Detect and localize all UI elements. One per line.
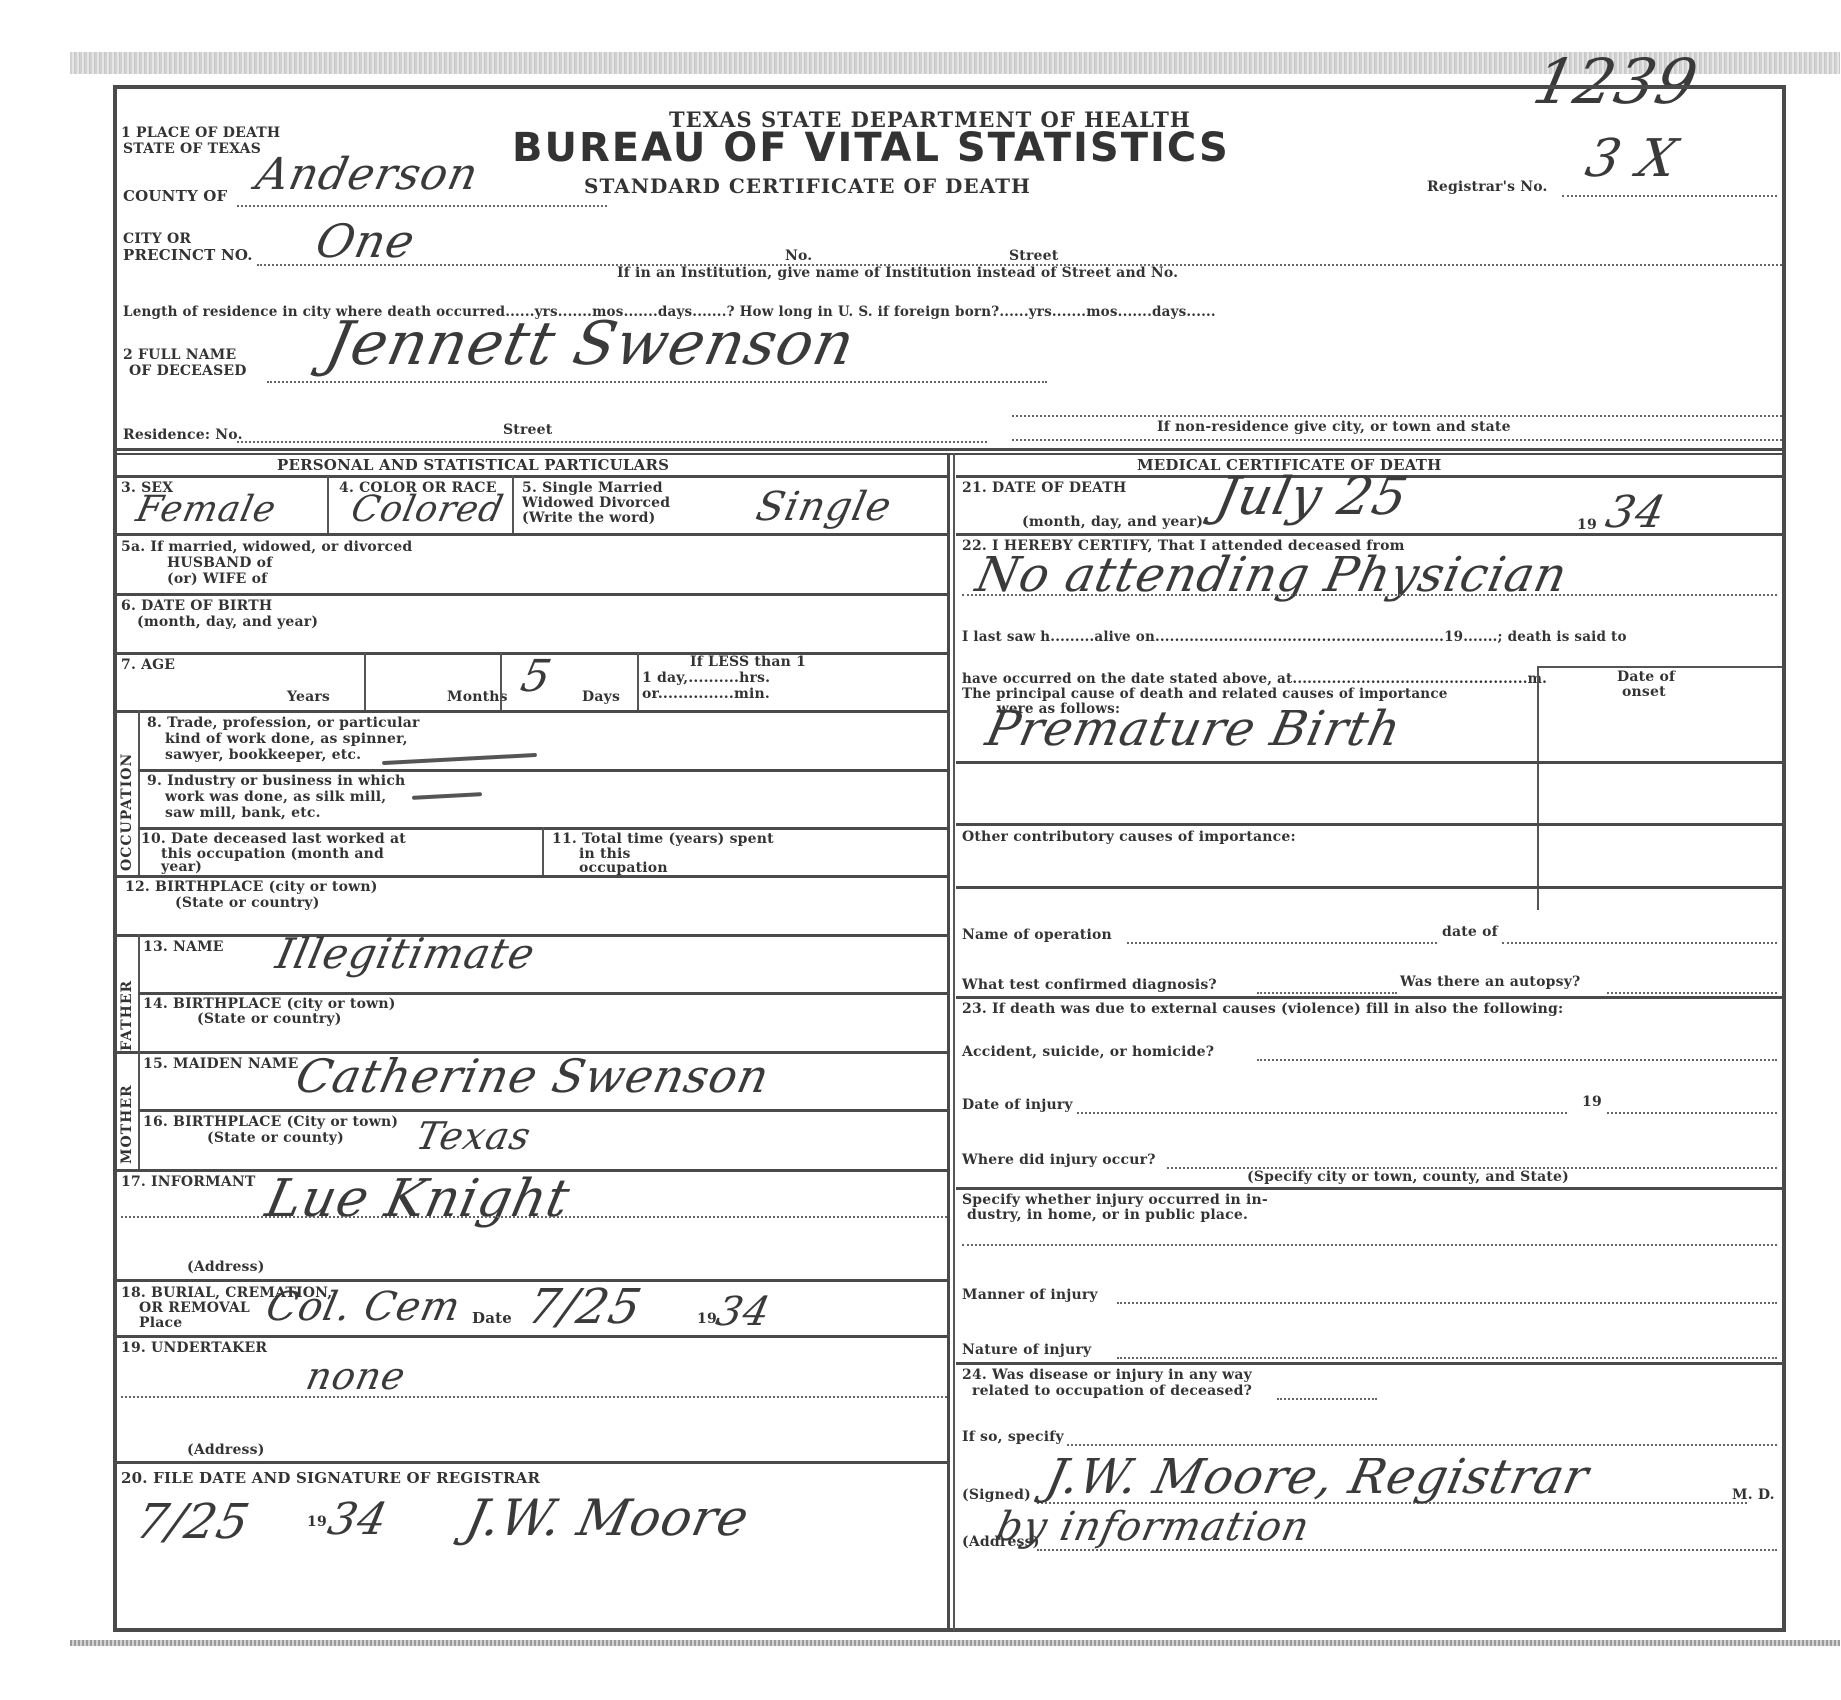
city-label: CITY OR xyxy=(123,231,191,247)
row-line xyxy=(117,710,947,713)
row-line xyxy=(956,1187,1783,1190)
external-causes-label: 23. If death was due to external causes … xyxy=(962,1001,1563,1017)
injury-place-label-2: dustry, in home, or in public place. xyxy=(967,1207,1248,1223)
marital-value: Single xyxy=(752,484,896,530)
bureau-title: BUREAU OF VITAL STATISTICS xyxy=(512,125,1230,171)
form-title: STANDARD CERTIFICATE OF DEATH xyxy=(584,174,1031,198)
scan-border-bottom xyxy=(70,1640,1840,1646)
file-year-prefix: 19 xyxy=(307,1514,327,1530)
other-causes-label: Other contributory causes of importance: xyxy=(962,829,1296,845)
days-value: 5 xyxy=(517,651,557,702)
row-line xyxy=(117,1335,947,1338)
total-time-label-3: occupation xyxy=(579,860,668,876)
undertaker-label: 19. UNDERTAKER xyxy=(121,1340,267,1356)
nature-underline xyxy=(1117,1357,1777,1359)
row-line xyxy=(117,475,947,478)
operation-underline xyxy=(1127,942,1437,944)
test-confirmed-label: What test confirmed diagnosis? xyxy=(962,977,1217,993)
death-year-prefix: 19 xyxy=(1577,517,1597,533)
death-year-value: 34 xyxy=(1602,487,1671,538)
street-label: Street xyxy=(1009,248,1058,264)
section-divider-2 xyxy=(117,453,1783,455)
file-year-value: 34 xyxy=(324,1494,393,1545)
name-underline xyxy=(267,381,1047,383)
row-line xyxy=(956,1362,1783,1365)
birthplace-label-1: 12. BIRTHPLACE (city or town) xyxy=(125,879,378,895)
mother-birthplace-value: Texas xyxy=(412,1114,535,1158)
last-saw-text: I last saw h.........alive on...........… xyxy=(962,629,1627,645)
manner-underline xyxy=(1117,1302,1777,1304)
deceased-label: OF DECEASED xyxy=(129,363,247,379)
days-label: Days xyxy=(582,689,620,705)
row-line xyxy=(117,1279,947,1282)
col-sep xyxy=(637,652,639,710)
full-name-label: 2 FULL NAME xyxy=(123,347,236,363)
injury-where-note: (Specify city or town, county, and State… xyxy=(1247,1169,1569,1185)
undertaker-underline xyxy=(121,1396,947,1398)
birthplace-label-2: (State or country) xyxy=(175,895,320,911)
informant-address-label: (Address) xyxy=(187,1259,265,1275)
file-date-value: 7/25 xyxy=(131,1494,255,1550)
autopsy-underline xyxy=(1607,992,1777,994)
operation-date-label: date of xyxy=(1442,924,1498,940)
signed-value: J.W. Moore, Registrar xyxy=(1041,1449,1594,1505)
nonresidence-underline xyxy=(1012,415,1782,417)
father-name-label: 13. NAME xyxy=(143,939,224,955)
less-label-3: or...............min. xyxy=(642,686,770,702)
nature-label: Nature of injury xyxy=(962,1342,1091,1358)
column-divider-2 xyxy=(953,453,955,1631)
spouse-label-1: 5a. If married, widowed, or divorced xyxy=(121,539,412,555)
less-label-1: If LESS than 1 xyxy=(690,654,806,670)
industry-label-1: 9. Industry or business in which xyxy=(147,773,405,789)
registrar-no-value: 3 X xyxy=(1581,129,1683,189)
trade-label-1: 8. Trade, profession, or particular xyxy=(147,715,420,731)
operation-label: Name of operation xyxy=(962,927,1112,943)
mother-name-value: Catherine Swenson xyxy=(291,1049,774,1103)
test-underline xyxy=(1257,992,1397,994)
dob-label-2: (month, day, and year) xyxy=(137,614,318,630)
md-suffix: M. D. xyxy=(1732,1487,1775,1503)
industry-dash xyxy=(412,792,482,800)
row-line xyxy=(138,992,947,995)
county-value: Anderson xyxy=(252,149,484,200)
date-of-death-label: 21. DATE OF DEATH xyxy=(962,480,1126,496)
trade-dash xyxy=(382,753,537,765)
onset-label-1: Date of xyxy=(1617,669,1675,685)
certify-underline xyxy=(962,594,1777,596)
father-name-value: Illegitimate xyxy=(272,929,540,978)
injury-date-label: Date of injury xyxy=(962,1097,1073,1113)
if-so-underline xyxy=(1067,1444,1777,1446)
injury-year-underline xyxy=(1607,1112,1777,1114)
row-line xyxy=(117,1461,947,1464)
row-line xyxy=(956,996,1783,999)
signed-label: (Signed) xyxy=(962,1487,1031,1503)
institution-note: If in an Institution, give name of Insti… xyxy=(617,265,1178,281)
date-of-death-sublabel: (month, day, and year) xyxy=(1022,514,1203,530)
occupation-related-label-2: related to occupation of deceased? xyxy=(972,1383,1252,1399)
row-line xyxy=(138,769,947,772)
county-underline xyxy=(237,205,607,207)
if-so-label: If so, specify xyxy=(962,1429,1064,1445)
nonresidence-underline-2 xyxy=(1012,439,1782,441)
last-worked-label-3: year) xyxy=(161,859,202,875)
injury-place-label-1: Specify whether injury occurred in in- xyxy=(962,1192,1268,1208)
dob-label-1: 6. DATE OF BIRTH xyxy=(121,598,272,614)
registrar-no-underline xyxy=(1562,195,1777,197)
accident-label: Accident, suicide, or homicide? xyxy=(962,1044,1214,1060)
injury-year-prefix: 19 xyxy=(1582,1094,1602,1110)
no-label: No. xyxy=(785,248,812,264)
precinct-value: One xyxy=(311,214,420,268)
deceased-name-value: Jennett Swenson xyxy=(320,309,862,379)
row-line xyxy=(117,533,947,536)
burial-date-label: Date xyxy=(472,1309,512,1327)
months-label: Months xyxy=(447,689,508,705)
section-divider xyxy=(117,448,1783,451)
autopsy-label: Was there an autopsy? xyxy=(1400,974,1580,990)
col-sep xyxy=(512,475,514,533)
undertaker-value: none xyxy=(302,1354,410,1398)
address-value: by information xyxy=(992,1504,1314,1550)
onset-box-left xyxy=(1537,666,1539,910)
col-sep xyxy=(500,652,502,710)
accident-underline xyxy=(1257,1059,1777,1061)
informant-underline xyxy=(121,1216,947,1218)
row-line xyxy=(956,761,1783,764)
informant-label: 17. INFORMANT xyxy=(121,1174,256,1190)
years-label: Years xyxy=(287,689,330,705)
column-divider xyxy=(947,453,950,1631)
informant-value: Lue Knight xyxy=(261,1169,576,1229)
marital-label-3: (Write the word) xyxy=(522,510,655,526)
row-line xyxy=(138,1109,947,1112)
nonresidence-note: If non-residence give city, or town and … xyxy=(1157,419,1511,435)
residence-street-label: Street xyxy=(503,422,552,438)
state-label: STATE OF TEXAS xyxy=(123,141,261,157)
col-sep xyxy=(542,827,544,875)
race-value: Colored xyxy=(348,489,508,530)
col-sep xyxy=(364,652,366,710)
trade-label-2: kind of work done, as spinner, xyxy=(165,731,408,747)
occurred-at-text: have occurred on the date stated above, … xyxy=(962,671,1547,687)
injury-where-label: Where did injury occur? xyxy=(962,1152,1156,1168)
spouse-label-2: HUSBAND of xyxy=(167,555,272,571)
father-birthplace-label-1: 14. BIRTHPLACE (city or town) xyxy=(143,996,396,1012)
age-label: 7. AGE xyxy=(121,657,175,673)
father-birthplace-label-2: (State or country) xyxy=(197,1011,342,1027)
mother-side-label: MOTHER xyxy=(119,1084,135,1164)
burial-place-value: Col. Cem xyxy=(262,1284,465,1330)
precinct-label: PRECINCT NO. xyxy=(123,246,253,264)
mother-name-label: 15. MAIDEN NAME xyxy=(143,1056,298,1072)
col-sep xyxy=(327,475,329,533)
principal-cause-label-1: The principal cause of death and related… xyxy=(962,686,1448,702)
occupation-related-underline xyxy=(1277,1398,1377,1400)
total-time-label-1: 11. Total time (years) spent xyxy=(552,831,774,847)
residence-underline xyxy=(237,441,987,443)
undertaker-address-label: (Address) xyxy=(187,1442,265,1458)
mother-birthplace-label-1: 16. BIRTHPLACE (City or town) xyxy=(143,1114,398,1130)
last-worked-label-1: 10. Date deceased last worked at xyxy=(141,831,406,847)
date-of-death-value: July 25 xyxy=(1211,467,1414,527)
onset-box-top xyxy=(1537,666,1783,668)
place-of-death-label: 1 PLACE OF DEATH xyxy=(121,125,280,141)
row-line xyxy=(956,823,1783,826)
burial-label-3: Place xyxy=(139,1315,182,1331)
residence-no-label: Residence: No. xyxy=(123,427,243,443)
burial-date-value: 7/25 xyxy=(523,1279,647,1335)
occupation-related-label-1: 24. Was disease or injury in any way xyxy=(962,1367,1252,1383)
operation-date-underline xyxy=(1502,942,1777,944)
onset-label-2: onset xyxy=(1622,684,1666,700)
row-line xyxy=(956,533,1783,536)
row-line xyxy=(117,593,947,596)
industry-label-3: saw mill, bank, etc. xyxy=(165,805,321,821)
industry-label-2: work was done, as silk mill, xyxy=(165,789,386,805)
burial-year-value: 34 xyxy=(712,1289,775,1335)
registrar-no-label: Registrar's No. xyxy=(1427,179,1548,195)
burial-label-2: OR REMOVAL xyxy=(139,1300,250,1316)
injury-date-underline xyxy=(1077,1112,1567,1114)
mother-birthplace-label-2: (State or county) xyxy=(207,1130,344,1146)
less-label-2: 1 day,..........hrs. xyxy=(642,670,770,686)
row-line xyxy=(956,886,1783,889)
father-side-label: FATHER xyxy=(119,980,135,1051)
spouse-label-3: (or) WIFE of xyxy=(167,571,267,587)
occupation-side-label: OCCUPATION xyxy=(119,753,135,871)
file-date-label: 20. FILE DATE AND SIGNATURE OF REGISTRAR xyxy=(121,1469,540,1487)
personal-section-title: PERSONAL AND STATISTICAL PARTICULARS xyxy=(277,456,669,474)
death-certificate-form: 1 PLACE OF DEATH STATE OF TEXAS COUNTY O… xyxy=(113,85,1786,1632)
sex-value: Female xyxy=(133,489,280,530)
registrar-signature: J.W. Moore xyxy=(461,1489,755,1547)
side-sep xyxy=(138,710,140,875)
injury-place-underline xyxy=(962,1244,1777,1246)
trade-label-3: sawyer, bookkeeper, etc. xyxy=(165,747,361,763)
row-line xyxy=(117,875,947,878)
marital-label-2: Widowed Divorced xyxy=(522,495,670,511)
principal-cause-value: Premature Birth xyxy=(981,701,1406,757)
manner-label: Manner of injury xyxy=(962,1287,1098,1303)
county-label: COUNTY OF xyxy=(123,187,227,205)
marital-label-1: 5. Single Married xyxy=(522,480,663,496)
